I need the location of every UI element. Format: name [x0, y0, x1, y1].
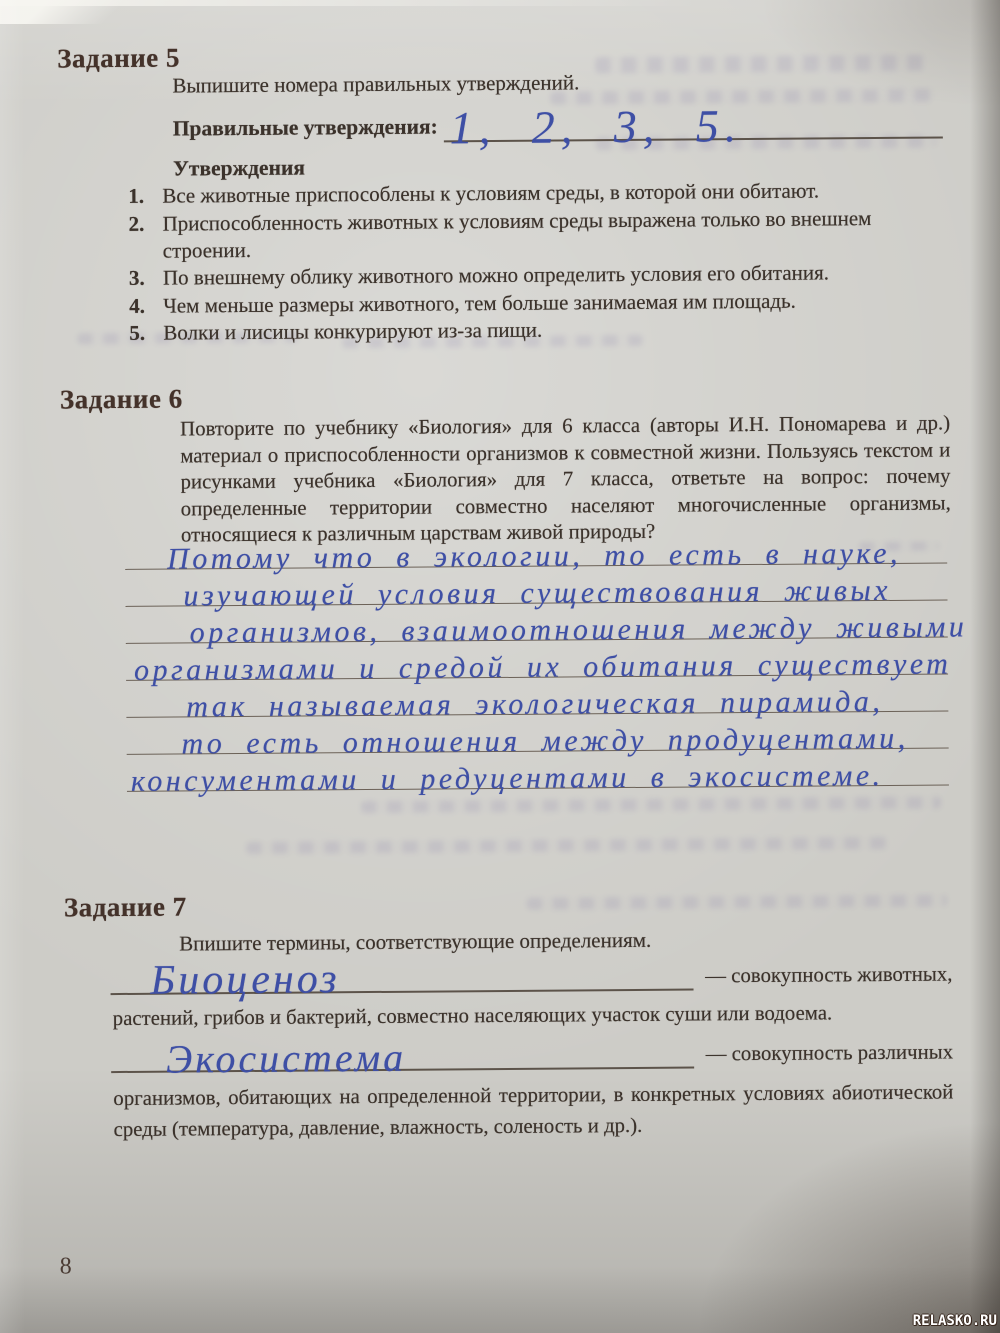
task5-answer-row: Правильные утверждения: 1, 2, 3, 5.	[173, 99, 943, 145]
task5-answer-blank: 1, 2, 3, 5.	[444, 99, 943, 143]
bleed-through-ghost	[246, 837, 886, 854]
definition-row: Биоценоз — совокупность животных,	[110, 942, 952, 995]
definition-inline-text: — совокупность животных,	[693, 962, 952, 990]
answer-ruled-line: организмами и средой их обитания существ…	[126, 637, 948, 680]
definition-inline-text: — совокупность различных	[694, 1040, 954, 1068]
term-blank: Биоценоз	[110, 944, 693, 995]
statement-row: 5. Волки и лисицы конкурируют из-за пищи…	[129, 313, 951, 346]
term-blank: Экосистема	[111, 1022, 694, 1073]
bleed-through-ghost	[361, 797, 941, 814]
answer-ruled-line: организмов, взаимоотношения между живыми	[126, 600, 948, 643]
task5-answer-label: Правильные утверждения:	[173, 114, 438, 144]
page-number: 8	[60, 1253, 72, 1280]
statement-text: Волки и лисицы конкурируют из-за пищи.	[163, 313, 951, 346]
task5-instruction: Выпишите номера правильных утверждений.	[172, 69, 579, 99]
task5-heading: Задание 5	[57, 42, 180, 74]
handwritten-term: Биоценоз	[150, 955, 340, 1004]
handwritten-term: Экосистема	[166, 1034, 406, 1083]
answer-ruled-line: так называемая экологическая пирамида,	[126, 674, 948, 717]
bleed-through-ghost	[527, 894, 947, 909]
site-watermark: RELASKO.RU	[913, 1313, 997, 1329]
definition-row: Экосистема — совокупность различных	[111, 1020, 953, 1073]
statement-number: 5.	[129, 320, 163, 347]
statements-list: 1. Все животные приспособлены к условиям…	[128, 176, 951, 347]
task7-heading: Задание 7	[64, 891, 187, 923]
answer-ruled-line: то есть отношения между продуцентами,	[126, 711, 948, 754]
statement-row: 2. Приспособленность животных к условиям…	[128, 204, 950, 264]
workbook-page-photo: Задание 5 Выпишите номера правильных утв…	[0, 0, 1000, 1333]
statement-number: 2.	[128, 210, 162, 264]
answer-ruled-line: консументами и редуцентами в экосистеме.	[127, 748, 949, 791]
page-content: Задание 5 Выпишите номера правильных утв…	[0, 0, 1000, 1333]
task6-heading: Задание 6	[60, 383, 183, 415]
answer-ruled-line: изучающей условия существования живых	[125, 563, 947, 606]
definition-continuation: организмов, обитающих на определенной те…	[113, 1076, 953, 1145]
statement-number: 1.	[128, 183, 162, 210]
statements-heading: Утверждения	[173, 156, 305, 182]
statement-number: 4.	[129, 292, 163, 319]
handwritten-answer-numbers: 1, 2, 3, 5.	[450, 99, 743, 154]
statement-number: 3.	[129, 265, 163, 292]
statement-text: Приспособленность животных к условиям ср…	[162, 204, 950, 264]
task6-answer-area: Потому что в экологии, то есть в науке, …	[125, 526, 949, 791]
answer-ruled-line: Потому что в экологии, то есть в науке,	[125, 526, 947, 569]
bleed-through-ghost	[595, 55, 925, 74]
handwritten-line: консументами и редуцентами в экосистеме.	[131, 759, 884, 799]
